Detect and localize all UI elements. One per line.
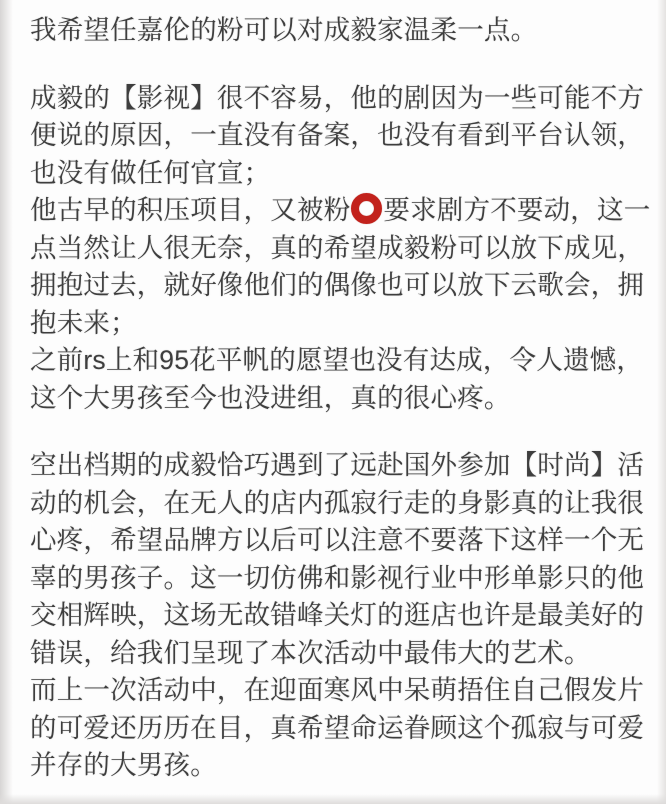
red-circle-emoji xyxy=(351,193,382,224)
paragraph: 而上一次活动中，在迎面寒风中呆萌捂住自己假发片的可爱还历历在目，真希望命运眷顾这… xyxy=(30,672,666,785)
text-line: 心疼，希望品牌方以后可以注意不要落下这样一个无 xyxy=(30,522,666,560)
post-body: 我希望任嘉伦的粉可以对成毅家温柔一点。成毅的【影视】很不容易，他的剧因为一些可能… xyxy=(30,12,666,785)
text-line: 而上一次活动中，在迎面寒风中呆萌捂住自己假发片 xyxy=(30,672,666,710)
screenshot-page: 我希望任嘉伦的粉可以对成毅家温柔一点。成毅的【影视】很不容易，他的剧因为一些可能… xyxy=(0,0,666,804)
text-line: 的可爱还历历在目，真希望命运眷顾这个孤寂与可爱 xyxy=(30,710,666,748)
paragraph: 他古早的积压项目，又被粉要求剧方不要动，这一点当然让人很无奈，真的希望成毅粉可以… xyxy=(30,192,666,342)
text-line: 这个大男孩至今也没进组，真的很心疼。 xyxy=(30,380,666,418)
page-edge-left xyxy=(0,0,13,804)
text-line: 并存的大男孩。 xyxy=(30,747,666,785)
text-line: 动的机会，在无人的店内孤寂行走的身影真的让我很 xyxy=(30,485,666,523)
text-line: 便说的原因，一直没有备案，也没有看到平台认领， xyxy=(30,117,666,155)
text-line: 交相辉映，这场无故错峰关灯的逛店也许是最美好的 xyxy=(30,597,666,635)
text-line: 拥抱过去，就好像他们的偶像也可以放下云歌会，拥 xyxy=(30,267,666,305)
text-line: 抱未来； xyxy=(30,305,666,343)
paragraph: 空出档期的成毅恰巧遇到了远赴国外参加【时尚】活动的机会，在无人的店内孤寂行走的身… xyxy=(30,447,666,672)
text-line: 辜的男孩子。这一切仿佛和影视行业中形单影只的他 xyxy=(30,560,666,598)
text-line: 成毅的【影视】很不容易，他的剧因为一些可能不方 xyxy=(30,80,666,118)
paragraph: 我希望任嘉伦的粉可以对成毅家温柔一点。 xyxy=(30,12,666,50)
paragraph: 之前rs上和95花平帆的愿望也没有达成，令人遗憾，这个大男孩至今也没进组，真的很… xyxy=(30,342,666,417)
text-line: 我希望任嘉伦的粉可以对成毅家温柔一点。 xyxy=(30,12,666,50)
text-line: 之前rs上和95花平帆的愿望也没有达成，令人遗憾， xyxy=(30,342,666,380)
text-line: 错误，给我们呈现了本次活动中最伟大的艺术。 xyxy=(30,635,666,673)
text-line: 他古早的积压项目，又被粉要求剧方不要动，这一 xyxy=(30,192,666,230)
page-edge-right xyxy=(657,0,666,804)
paragraph: 成毅的【影视】很不容易，他的剧因为一些可能不方便说的原因，一直没有备案，也没有看… xyxy=(30,80,666,193)
text-line: 空出档期的成毅恰巧遇到了远赴国外参加【时尚】活 xyxy=(30,447,666,485)
text-line: 点当然让人很无奈，真的希望成毅粉可以放下成见， xyxy=(30,230,666,268)
page-edge-bottom xyxy=(0,794,666,804)
text-line: 也没有做任何官宣； xyxy=(30,155,666,193)
